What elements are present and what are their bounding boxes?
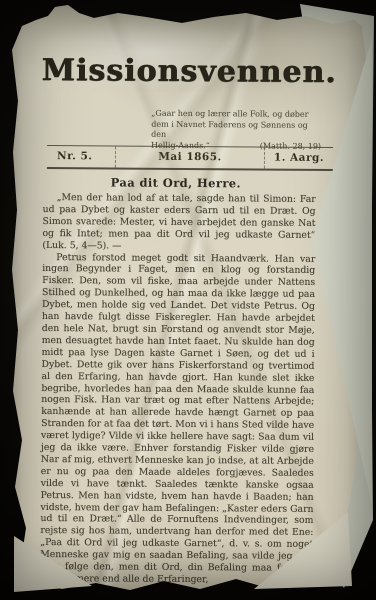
printed-content: Missionsvennen. „Gaar hen og lærer alle … (0, 0, 376, 600)
article-paragraph-1: „Men der han lod af at tale, sagde han t… (42, 192, 315, 253)
issue-info-bar: Nr. 5. Mai 1865. 1. Aarg. (47, 145, 333, 171)
issue-date: Mai 1865. (116, 146, 265, 168)
article-paragraph-2: Petrus forstod meget godt sit Haandværk.… (40, 252, 315, 587)
issue-volume: 1. Aarg. (265, 148, 333, 169)
photo-stage: Missionsvennen. „Gaar hen og lærer alle … (0, 0, 376, 600)
masthead-title: Missionsvennen. (41, 53, 311, 90)
issue-number: Nr. 5. (47, 146, 116, 167)
article-title: Paa dit Ord, Herre. (43, 175, 309, 191)
motto-line-1: „Gaar hen og lærer alle Folk, og døber (151, 109, 321, 121)
article-body: „Men der han lod af at tale, sagde han t… (40, 192, 316, 587)
motto-line-2: dem i Navnet Faderens og Sønnens og den (151, 119, 321, 141)
